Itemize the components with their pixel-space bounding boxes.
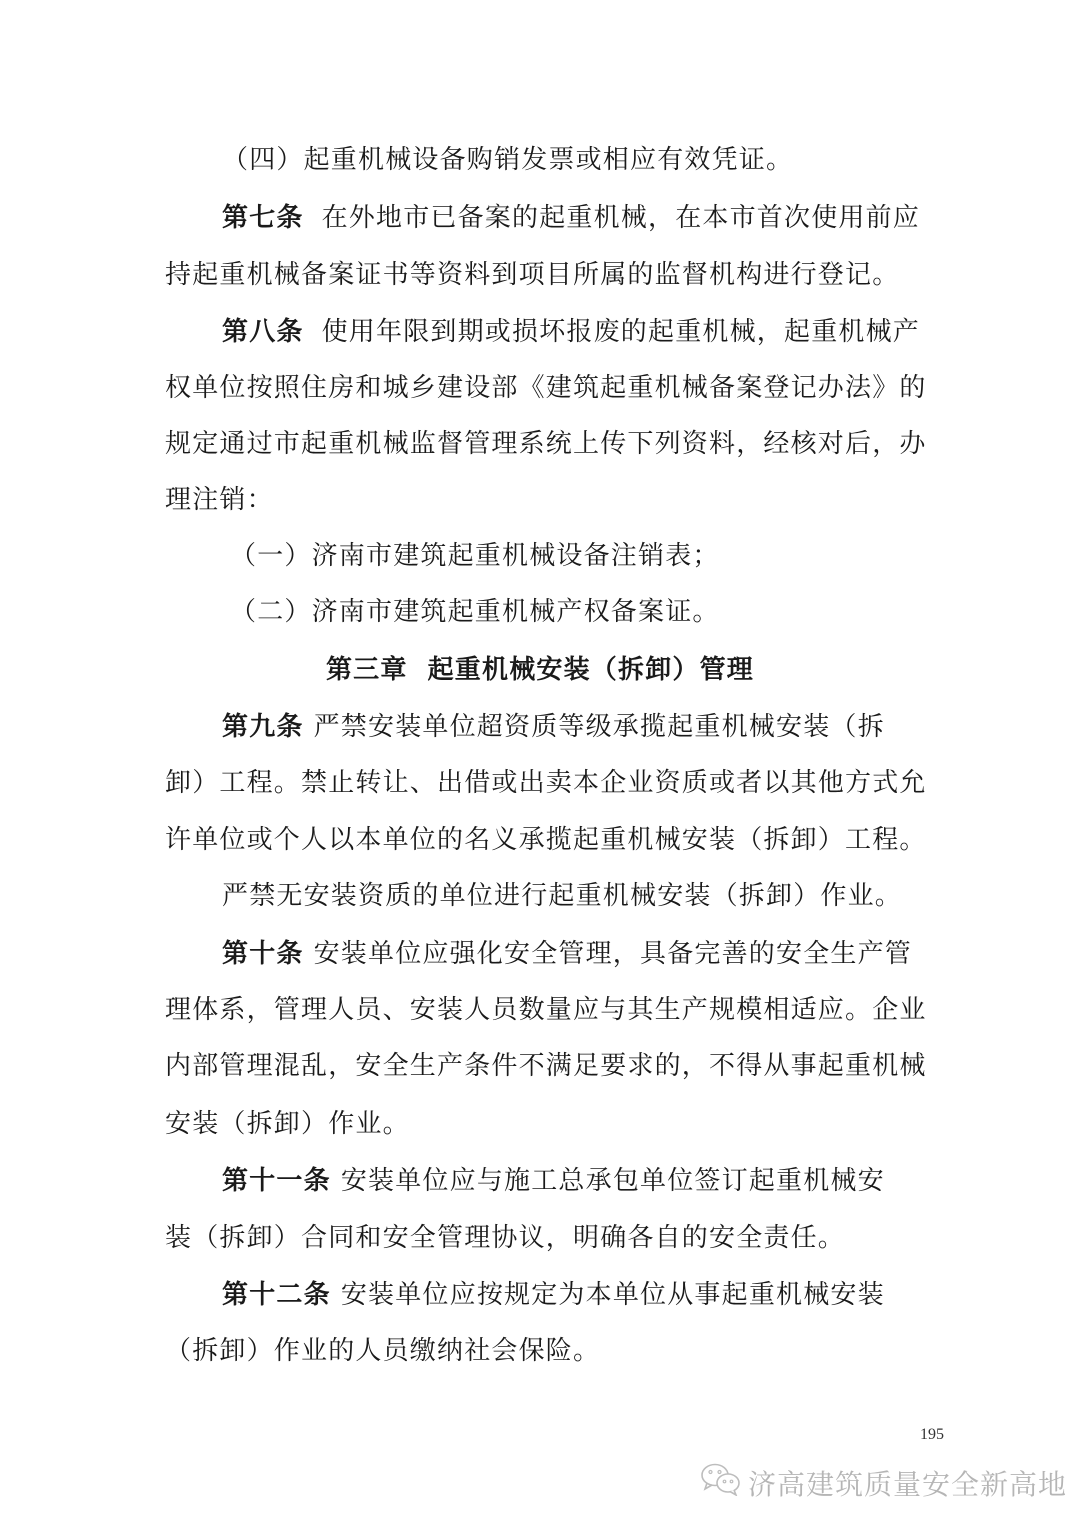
- text-line: 内部管理混乱，安全生产条件不满足要求的，不得从事起重机械: [165, 1049, 925, 1083]
- article-number: 第十一条: [222, 1166, 331, 1196]
- clause-text: （四）起重机械设备购销发票或相应有效凭证。: [222, 145, 793, 175]
- text-line: 卸）工程。禁止转让、出借或出卖本企业资质或者以其他方式允: [165, 766, 925, 800]
- clause-item-4: （四）起重机械设备购销发票或相应有效凭证。: [222, 143, 982, 177]
- article-number: 第十条: [222, 939, 304, 969]
- chapter-number: 第三章: [326, 655, 408, 685]
- article-text: 理体系，管理人员、安装人员数量应与其生产规模相适应。企业: [165, 995, 927, 1025]
- article-text: 在外地市已备案的起重机械，在本市首次使用前应: [322, 203, 920, 233]
- article-text: 严禁安装单位超资质等级承揽起重机械安装（拆: [314, 712, 885, 742]
- text-line: 许单位或个人以本单位的名义承揽起重机械安装（拆卸）工程。: [165, 823, 925, 857]
- clause-item-2: （二）济南市建筑起重机械产权备案证。: [230, 595, 990, 629]
- clause-text: （二）济南市建筑起重机械产权备案证。: [230, 597, 720, 627]
- article-text: 严禁无安装资质的单位进行起重机械安装（拆卸）作业。: [222, 881, 902, 911]
- text-line: （拆卸）作业的人员缴纳社会保险。: [165, 1334, 925, 1368]
- article-8: 第八条使用年限到期或损坏报废的起重机械，起重机械产: [222, 315, 982, 349]
- article-number: 第九条: [222, 712, 304, 742]
- text-line: 权单位按照住房和城乡建设部《建筑起重机械备案登记办法》的: [165, 371, 925, 405]
- article-number: 第七条: [222, 203, 304, 233]
- wechat-icon: [700, 1462, 748, 1503]
- article-11: 第十一条安装单位应与施工总承包单位签订起重机械安: [222, 1164, 982, 1198]
- page-number: 195: [920, 1426, 944, 1444]
- article-text: 理注销：: [165, 485, 274, 515]
- article-text: 许单位或个人以本单位的名义承揽起重机械安装（拆卸）工程。: [165, 825, 927, 855]
- chapter-heading: 第三章起重机械安装（拆卸）管理: [0, 653, 1080, 687]
- article-9: 第九条严禁安装单位超资质等级承揽起重机械安装（拆: [222, 710, 982, 744]
- article-text: （拆卸）作业的人员缴纳社会保险。: [165, 1336, 600, 1366]
- text-line: 理注销：: [165, 483, 925, 517]
- article-text: 安装单位应与施工总承包单位签订起重机械安: [341, 1166, 885, 1196]
- article-7: 第七条在外地市已备案的起重机械，在本市首次使用前应: [222, 201, 982, 235]
- article-text: 使用年限到期或损坏报废的起重机械，起重机械产: [322, 317, 920, 347]
- text-line: 严禁无安装资质的单位进行起重机械安装（拆卸）作业。: [222, 879, 982, 913]
- article-text: 持起重机械备案证书等资料到项目所属的监督机构进行登记。: [165, 260, 899, 290]
- article-number: 第十二条: [222, 1280, 331, 1310]
- article-number: 第八条: [222, 317, 304, 347]
- watermark-text: 济高建筑质量安全新高地: [748, 1463, 1067, 1503]
- clause-item-1: （一）济南市建筑起重机械设备注销表；: [230, 539, 990, 573]
- watermark: 济高建筑质量安全新高地: [700, 1462, 1067, 1503]
- article-text: 卸）工程。禁止转让、出借或出卖本企业资质或者以其他方式允: [165, 768, 927, 798]
- text-line: 安装（拆卸）作业。: [165, 1107, 925, 1141]
- article-text: 安装单位应按规定为本单位从事起重机械安装: [341, 1280, 885, 1310]
- article-text: 安装单位应强化安全管理，具备完善的安全生产管: [314, 939, 912, 969]
- article-10: 第十条安装单位应强化安全管理，具备完善的安全生产管: [222, 937, 982, 971]
- article-text: 安装（拆卸）作业。: [165, 1109, 410, 1139]
- article-text: 装（拆卸）合同和安全管理协议，明确各自的安全责任。: [165, 1223, 845, 1253]
- chapter-title: 起重机械安装（拆卸）管理: [428, 655, 754, 685]
- article-text: 权单位按照住房和城乡建设部《建筑起重机械备案登记办法》的: [165, 373, 927, 403]
- clause-text: （一）济南市建筑起重机械设备注销表；: [230, 541, 720, 571]
- text-line: 规定通过市起重机械监督管理系统上传下列资料，经核对后，办: [165, 427, 925, 461]
- text-line: 理体系，管理人员、安装人员数量应与其生产规模相适应。企业: [165, 993, 925, 1027]
- article-text: 内部管理混乱，安全生产条件不满足要求的，不得从事起重机械: [165, 1051, 927, 1081]
- text-line: 持起重机械备案证书等资料到项目所属的监督机构进行登记。: [165, 258, 925, 292]
- article-text: 规定通过市起重机械监督管理系统上传下列资料，经核对后，办: [165, 429, 927, 459]
- text-line: 装（拆卸）合同和安全管理协议，明确各自的安全责任。: [165, 1221, 925, 1255]
- article-12: 第十二条安装单位应按规定为本单位从事起重机械安装: [222, 1278, 982, 1312]
- document-page: （四）起重机械设备购销发票或相应有效凭证。 第七条在外地市已备案的起重机械，在本…: [0, 0, 1080, 1527]
